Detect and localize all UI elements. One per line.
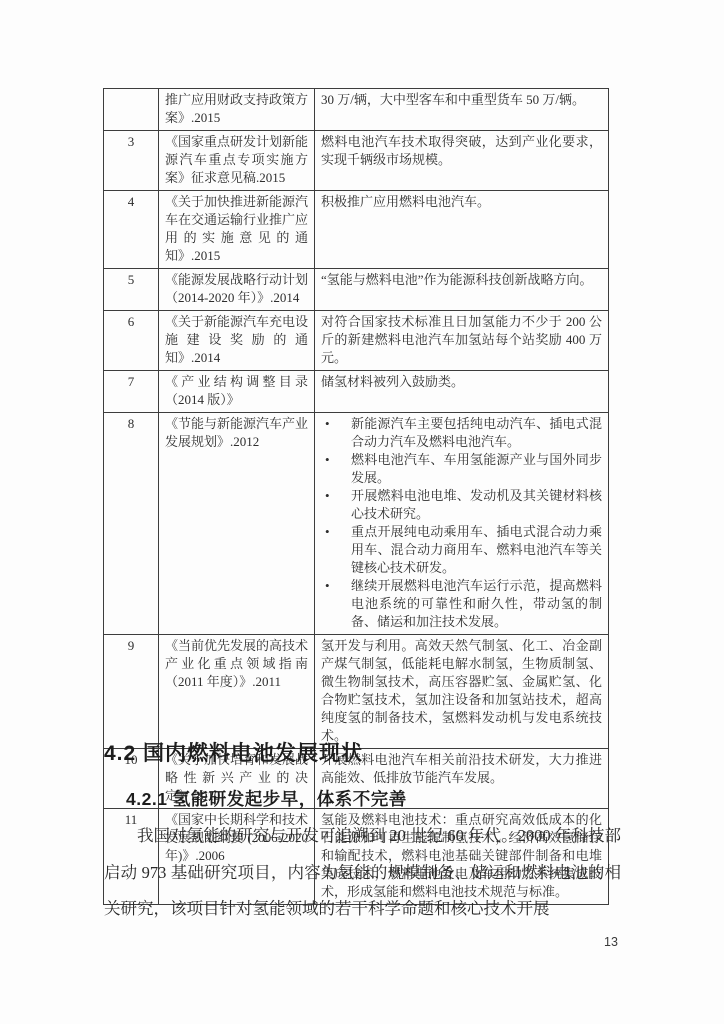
table-row: 3《国家重点研发计划新能源汽车重点专项实施方案》征求意见稿.2015燃料电池汽车… <box>104 131 609 191</box>
policy-name-cell: 《能源发展战略行动计划（2014-2020 年）》.2014 <box>159 269 315 311</box>
body-paragraph: 我国对氢能的研究与开发可追溯到 20 世纪 60 年代。2000 年科技部启动 … <box>104 818 621 928</box>
page-number: 13 <box>604 935 618 949</box>
table-row: 推广应用财政支持政策方案》.201530 万/辆，大中型客车和中重型货车 50 … <box>104 89 609 131</box>
document-page: 推广应用财政支持政策方案》.201530 万/辆，大中型客车和中重型货车 50 … <box>0 0 724 1024</box>
section-heading: 4.2 国内燃料电池发展现状 <box>104 737 363 767</box>
policy-name-cell: 《产业结构调整目录（2014 版）》 <box>159 371 315 413</box>
row-number-cell: 3 <box>104 131 159 191</box>
bullet-item: 重点开展纯电动乘用车、插电式混合动力乘用车、混合动力商用车、燃料电池汽车等关键核… <box>321 523 602 577</box>
row-number-cell: 7 <box>104 371 159 413</box>
policy-content-cell: 储氢材料被列入鼓励类。 <box>315 371 609 413</box>
policy-content-cell: 燃料电池汽车技术取得突破，达到产业化要求，实现千辆级市场规模。 <box>315 131 609 191</box>
policy-content-cell: “氢能与燃料电池”作为能源科技创新战略方向。 <box>315 269 609 311</box>
policy-name-cell: 推广应用财政支持政策方案》.2015 <box>159 89 315 131</box>
bullet-item: 继续开展燃料电池汽车运行示范，提高燃料电池系统的可靠性和耐久性，带动氢的制备、储… <box>321 577 602 631</box>
row-number-cell: 8 <box>104 413 159 635</box>
table-row: 8《节能与新能源汽车产业发展规划》.2012新能源汽车主要包括纯电动汽车、插电式… <box>104 413 609 635</box>
row-number-cell: 5 <box>104 269 159 311</box>
policy-table: 推广应用财政支持政策方案》.201530 万/辆，大中型客车和中重型货车 50 … <box>103 88 609 905</box>
bullet-item: 燃料电池汽车、车用氢能源产业与国外同步发展。 <box>321 451 602 487</box>
bullet-item: 开展燃料电池电堆、发动机及其关键材料核心技术研究。 <box>321 487 602 523</box>
policy-content-cell: 30 万/辆，大中型客车和中重型货车 50 万/辆。 <box>315 89 609 131</box>
bullet-item: 新能源汽车主要包括纯电动汽车、插电式混合动力汽车及燃料电池汽车。 <box>321 415 602 451</box>
policy-name-cell: 《节能与新能源汽车产业发展规划》.2012 <box>159 413 315 635</box>
table-row: 5《能源发展战略行动计划（2014-2020 年）》.2014“氢能与燃料电池”… <box>104 269 609 311</box>
row-number-cell: 6 <box>104 311 159 371</box>
row-number-cell <box>104 89 159 131</box>
bullet-list: 新能源汽车主要包括纯电动汽车、插电式混合动力汽车及燃料电池汽车。燃料电池汽车、车… <box>321 415 602 631</box>
policy-name-cell: 《国家重点研发计划新能源汽车重点专项实施方案》征求意见稿.2015 <box>159 131 315 191</box>
policy-content-cell: 对符合国家技术标准且日加氢能力不少于 200 公斤的新建燃料电池汽车加氢站每个站… <box>315 311 609 371</box>
policy-content-cell: 新能源汽车主要包括纯电动汽车、插电式混合动力汽车及燃料电池汽车。燃料电池汽车、车… <box>315 413 609 635</box>
row-number-cell: 9 <box>104 635 159 749</box>
policy-name-cell: 《关于加快推进新能源汽车在交通运输行业推广应用的实施意见的通知》.2015 <box>159 191 315 269</box>
table-row: 6《关于新能源汽车充电设施建设奖励的通知》.2014对符合国家技术标准且日加氢能… <box>104 311 609 371</box>
subsection-heading: 4.2.1 氢能研发起步早，体系不完善 <box>126 786 407 811</box>
row-number-cell: 4 <box>104 191 159 269</box>
table-row: 9《当前优先发展的高技术产业化重点领域指南（2011 年度）》.2011氢开发与… <box>104 635 609 749</box>
policy-content-cell: 积极推广应用燃料电池汽车。 <box>315 191 609 269</box>
policy-content-cell: 氢开发与利用。高效天然气制氢、化工、冶金副产煤气制氢，低能耗电解水制氢，生物质制… <box>315 635 609 749</box>
table-row: 4《关于加快推进新能源汽车在交通运输行业推广应用的实施意见的通知》.2015积极… <box>104 191 609 269</box>
table-row: 7《产业结构调整目录（2014 版）》储氢材料被列入鼓励类。 <box>104 371 609 413</box>
policy-name-cell: 《当前优先发展的高技术产业化重点领域指南（2011 年度）》.2011 <box>159 635 315 749</box>
policy-name-cell: 《关于新能源汽车充电设施建设奖励的通知》.2014 <box>159 311 315 371</box>
policy-table-body: 推广应用财政支持政策方案》.201530 万/辆，大中型客车和中重型货车 50 … <box>104 89 609 905</box>
